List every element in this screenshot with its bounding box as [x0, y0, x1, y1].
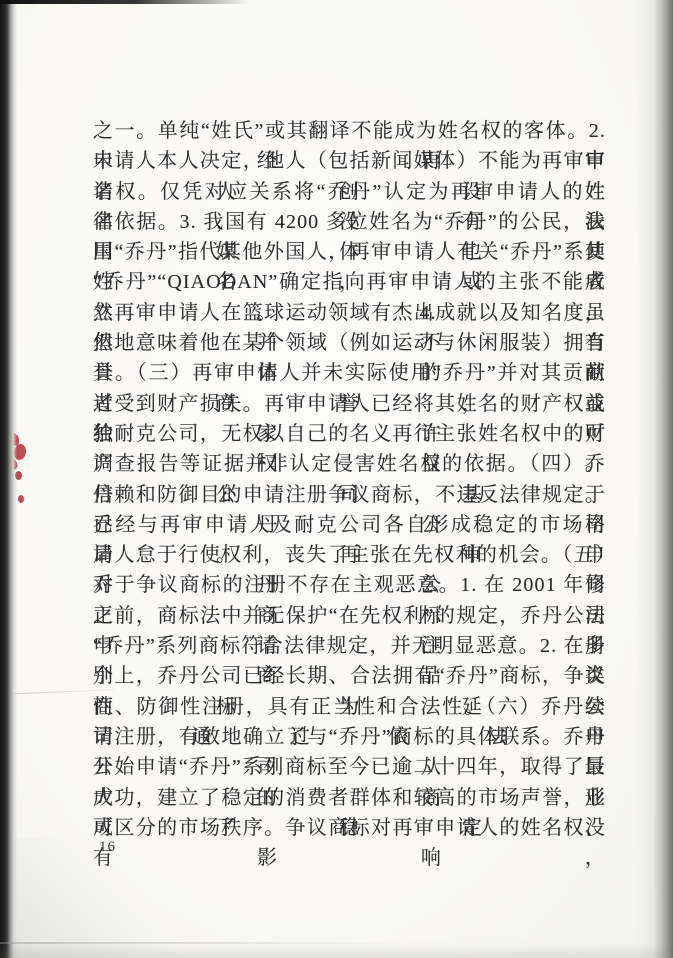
- text-line: 已经与再审申请人及耐克公司各自形成稳定的市场格局。再审申: [93, 510, 606, 540]
- scan-artifact-line: [0, 942, 400, 944]
- text-line: 可区分的市场秩序。争议商标对再审申请人的姓名权没有影响，: [93, 813, 606, 843]
- text-line: 信赖和防御目的申请注册争议商标，不违反法律规定。乔丹公司: [93, 480, 606, 510]
- scanned-document-page: 之一。单纯“姓氏”或其翻译不能成为姓名权的客体。2. 未经再审申请人本人决定，他…: [0, 0, 673, 958]
- text-line: 别上，乔丹公司已经长期、合法拥有“乔丹”商标，争议商标为延续: [93, 661, 606, 691]
- text-line: 对于争议商标的注册不存在主观恶意。1. 在 2001 年修正商标法: [93, 570, 606, 600]
- text-line: 者受到财产损失。再审申请人已经将其姓名的财产权益独家许可: [93, 389, 606, 419]
- scan-edge-left: [0, 0, 17, 958]
- text-line: 然再审申请人在篮球运动领域有杰出成就以及知名度，但并不当: [93, 298, 606, 328]
- scan-edge-bottom: [0, 942, 673, 958]
- text-line: 名权。仅凭对应关系将“乔丹”认定为再审申请人的姓名，没有法: [93, 177, 606, 207]
- text-line: 用“乔丹”指代其他外国人，再审申请人有关“乔丹”系其姓名，或者: [93, 237, 606, 267]
- text-line: 律依据。3. 我国有 4200 多位姓名为“乔丹”的公民，我国媒体也使: [93, 207, 606, 237]
- text-line: 之一。单纯“姓氏”或其翻译不能成为姓名权的客体。2. 未经再审: [93, 116, 606, 146]
- text-line: 请注册，有效地确立了与“乔丹”商标的具体联系。乔丹公司从最: [93, 722, 606, 752]
- scan-edge-top: [0, 0, 250, 4]
- text-line: 开始申请“乔丹”系列商标至今已逾二十四年，取得了巨大的商业: [93, 752, 606, 782]
- scan-edge-right: [637, 0, 673, 958]
- text-line: 性、防御性注册，具有正当性和合法性。（六）乔丹公司通过依法申: [93, 692, 606, 722]
- text-line: 然地意味着他在某个领域（例如运动与休闲服装）拥有具体的商: [93, 328, 606, 358]
- text-line: 成功，建立了稳定的消费者群体和较高的市场声誉，形成了稳定、: [93, 783, 606, 813]
- text-line: 调查报告等证据并非认定侵害姓名权的依据。（四）乔丹公司基于: [93, 449, 606, 479]
- text-line: 请人怠于行使权利，丧失了主张在先权利的机会。（五）乔丹公司: [93, 540, 606, 570]
- text-line: “乔丹”“QIAODAN”确定指向再审申请人的主张不能成立。4. 虽: [93, 267, 606, 297]
- page-number: 16: [99, 839, 116, 856]
- body-text-block: 之一。单纯“姓氏”或其翻译不能成为姓名权的客体。2. 未经再审申请人本人决定，他…: [93, 116, 606, 843]
- text-line: “乔丹”系列商标符合法律规定，并无明显恶意。2. 在多个商品类: [93, 631, 606, 661]
- text-line: 誉。（三）再审申请人并未实际使用“乔丹”并对其贡献过商誉，或: [93, 358, 606, 388]
- text-line: 给耐克公司，无权以自己的名义再行主张姓名权中的财产权益。: [93, 419, 606, 449]
- text-line: 之前，商标法中并无保护“在先权利”的规定，乔丹公司申请注册: [93, 601, 606, 631]
- ink-blot: [18, 495, 24, 503]
- text-line: 申请人本人决定，他人（包括新闻媒体）不能为再审申请人创设姓: [93, 146, 606, 176]
